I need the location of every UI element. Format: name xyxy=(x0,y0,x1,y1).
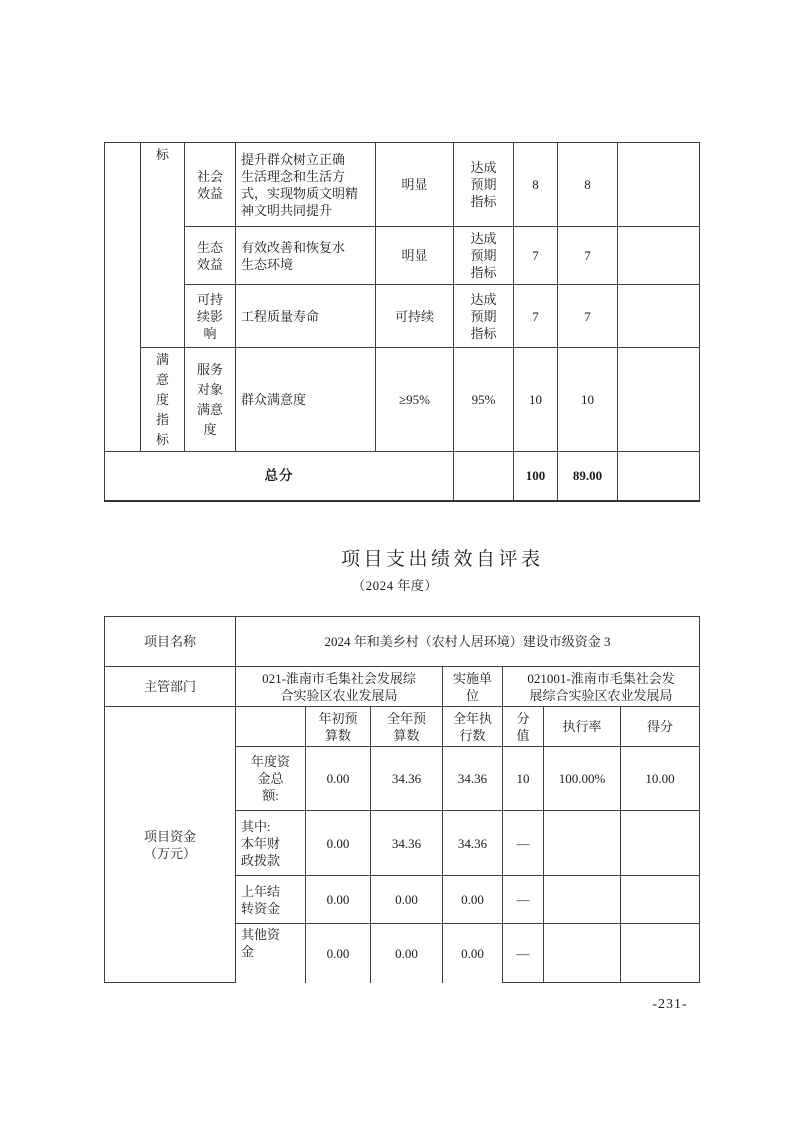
annual-executed-value: 34.36 xyxy=(443,747,503,811)
initial-budget-value: 0.00 xyxy=(306,747,371,811)
points-value: 8 xyxy=(514,143,558,227)
header-initial-budget: 年初预 算数 xyxy=(306,707,371,747)
points-value: — xyxy=(503,876,544,924)
category-sustainability: 可持 续影 响 xyxy=(185,285,236,348)
annual-executed-value: 34.36 xyxy=(443,811,503,876)
row-satisfaction: 满 意 度 指 标 服务 对象 满意 度 群众满意度 ≥95% 95% 10 1… xyxy=(105,348,700,452)
page-subtitle: （2024 年度） xyxy=(300,575,490,594)
satisfaction-category: 服务 对象 满意 度 xyxy=(185,348,236,452)
row-sustainability: 可持 续影 响 工程质量寿命 可持续 达成 预期 指标 7 7 xyxy=(105,285,700,348)
dept-label: 主管部门 xyxy=(105,667,236,707)
fund-row-label: 年度资 金总 额: xyxy=(236,747,306,811)
row-project-name: 项目名称 2024 年和美乡村（农村人居环境）建设市级资金 3 xyxy=(105,617,700,667)
performance-score-table: 标 社会 效益 提升群众树立正确 生活理念和生活方 式，实现物质文明精 神文明共… xyxy=(104,142,700,502)
document-page: 标 社会 效益 提升群众树立正确 生活理念和生活方 式，实现物质文明精 神文明共… xyxy=(0,0,794,1122)
result-value: 达成 预期 指标 xyxy=(454,227,514,285)
row-column-headers: 项目资金 （万元） 年初预 算数 全年预 算数 全年执 行数 分 值 执行率 得… xyxy=(105,707,700,747)
header-empty-cell xyxy=(236,707,306,747)
degree-value: 明显 xyxy=(376,143,454,227)
left-stub-cell xyxy=(105,143,141,452)
result-value: 达成 预期 指标 xyxy=(454,285,514,348)
header-points: 分 值 xyxy=(503,707,544,747)
annual-budget-value: 0.00 xyxy=(371,876,443,924)
category-social-benefit: 社会 效益 xyxy=(185,143,236,227)
total-points: 100 xyxy=(514,452,558,501)
degree-value: 可持续 xyxy=(376,285,454,348)
points-value: 10 xyxy=(503,747,544,811)
annual-budget-value: 34.36 xyxy=(371,811,443,876)
remark-cell xyxy=(618,348,700,452)
impl-unit-value: 021001-淮南市毛集社会发 展综合实验区农业发展局 xyxy=(503,667,700,707)
result-value: 95% xyxy=(454,348,514,452)
header-annual-budget: 全年预 算数 xyxy=(371,707,443,747)
score-value: 8 xyxy=(558,143,618,227)
points-value: 10 xyxy=(514,348,558,452)
remark-cell xyxy=(618,285,700,348)
indicator-text: 有效改善和恢复水 生态环境 xyxy=(236,227,376,285)
execution-rate-value xyxy=(544,811,621,876)
impl-unit-label: 实施单 位 xyxy=(443,667,503,707)
execution-rate-value xyxy=(544,924,621,983)
header-execution-rate: 执行率 xyxy=(544,707,621,747)
result-value: 达成 预期 指标 xyxy=(454,143,514,227)
total-label: 总分 xyxy=(105,452,454,501)
total-empty-cell xyxy=(454,452,514,501)
annual-budget-value: 0.00 xyxy=(371,924,443,983)
points-value: — xyxy=(503,811,544,876)
row-social-benefit: 标 社会 效益 提升群众树立正确 生活理念和生活方 式，实现物质文明精 神文明共… xyxy=(105,143,700,227)
execution-rate-value xyxy=(544,876,621,924)
self-evaluation-table: 项目名称 2024 年和美乡村（农村人居环境）建设市级资金 3 主管部门 021… xyxy=(104,616,700,983)
score-value xyxy=(621,924,700,983)
remark-cell xyxy=(618,143,700,227)
execution-rate-value: 100.00% xyxy=(544,747,621,811)
dept-value: 021-淮南市毛集社会发展综 合实验区农业发展局 xyxy=(236,667,443,707)
total-score: 89.00 xyxy=(558,452,618,501)
header-annual-executed: 全年执 行数 xyxy=(443,707,503,747)
points-value: 7 xyxy=(514,285,558,348)
project-name-value: 2024 年和美乡村（农村人居环境）建设市级资金 3 xyxy=(236,617,700,667)
score-value: 7 xyxy=(558,285,618,348)
indicator-text: 群众满意度 xyxy=(236,348,376,452)
fund-row-label: 上年结 转资金 xyxy=(236,876,306,924)
degree-value: 明显 xyxy=(376,227,454,285)
project-name-label: 项目名称 xyxy=(105,617,236,667)
points-value: — xyxy=(503,924,544,983)
header-score: 得分 xyxy=(621,707,700,747)
annual-budget-value: 34.36 xyxy=(371,747,443,811)
score-value: 10.00 xyxy=(621,747,700,811)
degree-value: ≥95% xyxy=(376,348,454,452)
initial-budget-value: 0.00 xyxy=(306,924,371,983)
annual-executed-value: 0.00 xyxy=(443,924,503,983)
row-departments: 主管部门 021-淮南市毛集社会发展综 合实验区农业发展局 实施单 位 0210… xyxy=(105,667,700,707)
page-number: -231- xyxy=(630,997,710,1013)
annual-executed-value: 0.00 xyxy=(443,876,503,924)
indicator-text: 工程质量寿命 xyxy=(236,285,376,348)
points-value: 7 xyxy=(514,227,558,285)
initial-budget-value: 0.00 xyxy=(306,811,371,876)
remark-cell xyxy=(618,227,700,285)
fund-row-label: 其中: 本年财 政拨款 xyxy=(236,811,306,876)
page-title: 项目支出绩效自评表 xyxy=(341,544,544,571)
initial-budget-value: 0.00 xyxy=(306,876,371,924)
score-value xyxy=(621,876,700,924)
satisfaction-group-label: 满 意 度 指 标 xyxy=(141,348,185,452)
funds-section-label: 项目资金 （万元） xyxy=(105,707,236,983)
indicator-text: 提升群众树立正确 生活理念和生活方 式，实现物质文明精 神文明共同提升 xyxy=(236,143,376,227)
score-value: 7 xyxy=(558,227,618,285)
indicator-group-tail: 标 xyxy=(141,143,185,348)
row-eco-benefit: 生态 效益 有效改善和恢复水 生态环境 明显 达成 预期 指标 7 7 xyxy=(105,227,700,285)
row-total: 总分 100 89.00 xyxy=(105,452,700,501)
category-eco-benefit: 生态 效益 xyxy=(185,227,236,285)
remark-cell xyxy=(618,452,700,501)
score-value: 10 xyxy=(558,348,618,452)
score-value xyxy=(621,811,700,876)
fund-row-label: 其他资 金 xyxy=(236,924,306,983)
